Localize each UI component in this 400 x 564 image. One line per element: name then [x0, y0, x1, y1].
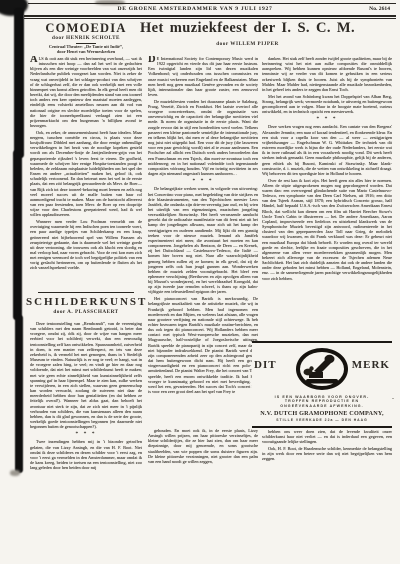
ad-word-merk: MERK	[352, 359, 390, 371]
paragraph: Wanneer men verder Lou Poolman vermeldt …	[30, 219, 142, 271]
ad-slogan-line: ONGEËVENAARDE AFWERKING.	[252, 404, 392, 408]
paragraph: Ook, en zeker, de amusementskunst heeft …	[30, 130, 142, 218]
lead-text: E International Society for Contemporary…	[148, 56, 258, 97]
paragraph: hebben ons weer doen zien, dat de levend…	[262, 429, 392, 444]
paragraph: Deze tentoonstelling van „Rembrandt”, va…	[30, 321, 142, 429]
schilderkunst-continuation-middle: gehouden. En moet ook ik, in de eerste p…	[148, 428, 258, 470]
schilderkunst-body: Deze tentoonstelling van „Rembrandt”, va…	[30, 321, 142, 470]
logo-banner	[306, 379, 338, 384]
paragraph: gehouden. En moet ook ik, in de eerste p…	[148, 428, 258, 464]
comoedia-venue: Centraal Theater: „De Tante uit Indië”, …	[30, 44, 142, 55]
comoedia-byline: door HENRIK SCHOLTE	[30, 35, 142, 41]
scan-edge-artifact	[13, 150, 22, 320]
venue-line: Centraal Theater: „De Tante uit Indië”,	[49, 44, 123, 49]
asterism-separator: * * *	[262, 117, 392, 122]
ad-company-address: STILLE VEERKADE 22a — DEN HAAG	[252, 418, 392, 422]
scan-smudge	[10, 470, 20, 476]
paragraph: Het pianoconcert van Bartók is merkwaard…	[148, 296, 258, 394]
ad-logo-row: DIT MERK	[252, 345, 392, 395]
schilderkunst-byline: door A. PLASSCHAERT	[30, 309, 142, 315]
schilderkunst-title: SCHILDERKUNST	[26, 296, 144, 308]
gramophone-horn-bell	[325, 355, 335, 363]
ad-word-dit: DIT	[254, 359, 277, 371]
paragraph: Met het avond van Schönberg kwam het Dop…	[262, 94, 392, 115]
scan-edge-artifact	[15, 315, 23, 473]
scan-edge-artifact	[14, 8, 24, 158]
dog-head	[309, 366, 313, 370]
paragraph: Ook, H. F. Boot, de Haarlemsche schilder…	[262, 446, 392, 461]
masthead-rule-thin	[24, 18, 396, 19]
schilderkunst-continuation-right: hebben ons weer doen zien, dat de levend…	[262, 429, 392, 467]
issue-number: No. 2614	[369, 6, 390, 12]
muziekfeest-column-2: danken. Het stuk zelf heeft zonder twijf…	[262, 56, 392, 334]
muziekfeest-title: Het muziekfeest der I. S. C. M.	[140, 20, 355, 37]
section-rule	[38, 292, 134, 293]
ad-company-name: N.V. DUTCH GRAMOPHONE COMPANY,	[252, 410, 392, 417]
masthead-rule-thick	[24, 15, 396, 17]
drop-cap: D	[148, 56, 156, 65]
venue-line: door Henri van Wermeskerken	[57, 49, 115, 54]
gramophone-advertisement: DIT MERK IS EEN WAARBORG VOOR ONOVER- TR…	[252, 341, 392, 428]
lead-text: LS ik ooit aan dit stuk een herinnering …	[30, 56, 142, 128]
lead-paragraph: ALS ik ooit aan dit stuk een herinnering…	[30, 56, 142, 128]
comoedia-title: COMOEDIA	[30, 21, 142, 36]
paragraph: danken. Het stuk zelf heeft zonder twijf…	[262, 56, 392, 92]
his-masters-voice-logo	[294, 345, 350, 393]
muziekfeest-column-1: DE International Society for Contemporar…	[148, 56, 258, 416]
paragraph: De belangrijkste werken waren, in volgor…	[148, 186, 258, 294]
asterism-separator: * * *	[148, 179, 258, 184]
paragraph: Twee inzendingen hebben mij in 't bizond…	[30, 439, 142, 470]
comoedia-body: ALS ik ooit aan dit stuk een herinnering…	[30, 56, 142, 287]
paragraph: Deze werken vragen nog eens aandacht. Ee…	[262, 124, 392, 176]
masthead-title: DE GROENE AMSTERDAMMER VAN 9 JULI 1927	[60, 6, 330, 12]
drop-cap: A	[30, 56, 38, 65]
masthead-top-rule	[28, 3, 396, 4]
paragraph: Over de rest kan ik kort zijn. Het heeft…	[262, 178, 392, 281]
newspaper-page: DE GROENE AMSTERDAMMER VAN 9 JULI 1927 N…	[0, 0, 400, 564]
lead-paragraph: DE International Society for Contemporar…	[148, 56, 258, 97]
muziekfeest-byline: door WILLEM PIJPER	[140, 41, 355, 47]
paragraph: De muziekfeesten vonden het duurzame pla…	[148, 99, 258, 176]
asterism-separator: * * *	[30, 432, 142, 437]
